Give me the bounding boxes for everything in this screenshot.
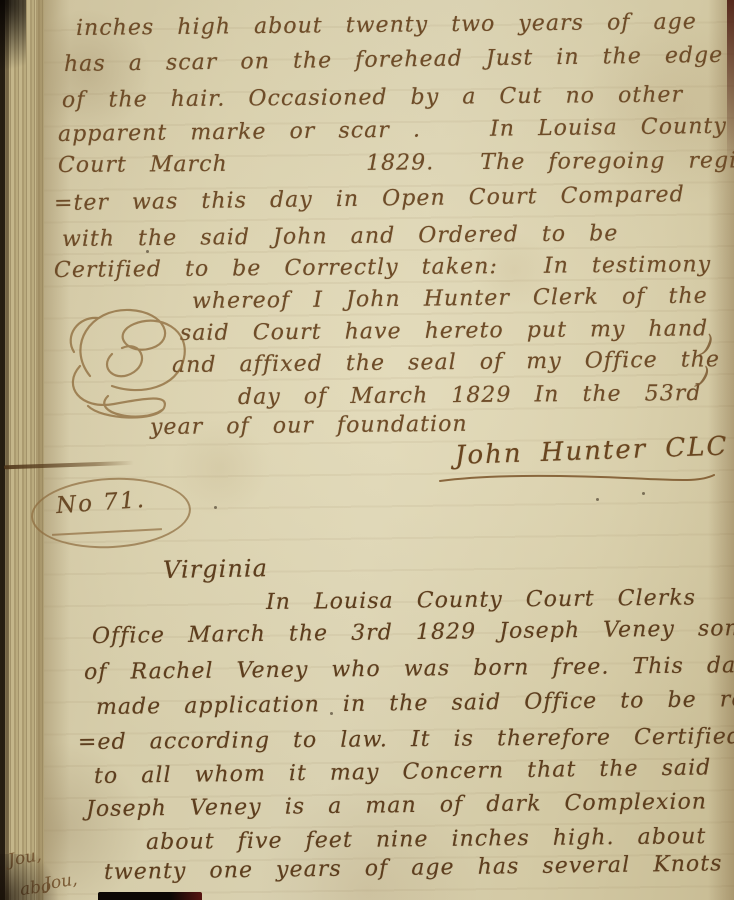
photo-bottom-edge bbox=[98, 892, 202, 900]
paper-speck bbox=[330, 712, 333, 715]
margin-fragment: abo bbox=[19, 876, 53, 900]
manuscript-line: Court March 1829. The foregoing regis- bbox=[58, 148, 734, 178]
paper-speck bbox=[596, 498, 599, 501]
paper-speck bbox=[214, 506, 217, 509]
manuscript-line: day of March 1829 In the 53rd bbox=[238, 381, 702, 410]
pen-flourish-doodle bbox=[50, 296, 235, 424]
manuscript-photo: inches high about twenty two years of ag… bbox=[0, 0, 734, 900]
signature-flourish-underline bbox=[438, 470, 718, 486]
paper-speck bbox=[642, 492, 645, 495]
paper-speck bbox=[146, 250, 149, 253]
virginia-heading: Virginia bbox=[163, 554, 268, 584]
manuscript-line: In Louisa County Court Clerks bbox=[266, 585, 696, 615]
page-edge-dark-strip bbox=[727, 0, 734, 170]
manuscript-line: said Court have hereto put my hand bbox=[180, 316, 708, 346]
